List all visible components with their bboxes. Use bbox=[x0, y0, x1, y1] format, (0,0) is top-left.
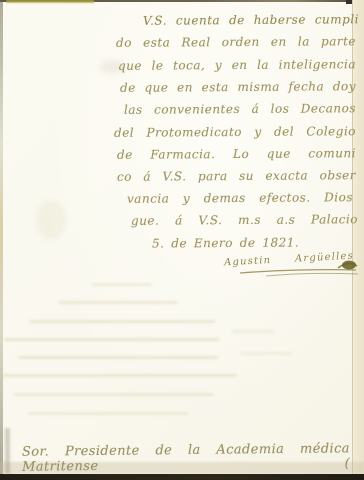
manuscript-page: V.S. cuenta de haberse cumpli do esta Re… bbox=[0, 0, 364, 480]
manuscript-line: vancia y demas efectos. Dios bbox=[127, 190, 353, 207]
bleed-through-line bbox=[92, 283, 152, 286]
manuscript-line: que le toca, y en la inteligencia bbox=[118, 57, 356, 74]
bleed-through-line bbox=[2, 374, 237, 377]
signature-rubric-flourish bbox=[238, 260, 362, 278]
bleed-through-line bbox=[30, 320, 215, 323]
bleed-through-line bbox=[18, 356, 218, 359]
bleed-through-line bbox=[28, 412, 188, 415]
manuscript-line: las convenientes á los Decanos bbox=[124, 101, 356, 118]
manuscript-line: V.S. cuenta de haberse cumpli bbox=[143, 12, 359, 29]
bleed-through-line bbox=[14, 393, 214, 396]
bleed-through-line bbox=[240, 352, 292, 355]
manuscript-line: del Protomedicato y del Colegio bbox=[114, 124, 356, 141]
manuscript-line: de que en esta misma fecha doy bbox=[120, 79, 356, 96]
bleed-through-line bbox=[232, 330, 274, 333]
page-bottom-left-streak bbox=[5, 428, 10, 474]
manuscript-date-line: 5. de Enero de 1821. bbox=[152, 235, 299, 251]
bleed-through-line bbox=[4, 338, 219, 341]
manuscript-line: gue. á V.S. m.s a.s Palacio bbox=[131, 212, 358, 229]
manuscript-line: co á V.S. para su exacta obser bbox=[117, 168, 356, 185]
manuscript-line: de Farmacia. Lo que comuni bbox=[117, 146, 356, 163]
addressee-line: Sor. Presidente de la Academia médica Ma… bbox=[22, 441, 350, 474]
bleed-through-line bbox=[58, 301, 178, 304]
page-bottom-edge bbox=[0, 474, 364, 480]
manuscript-line: do esta Real orden en la parte bbox=[116, 34, 356, 51]
